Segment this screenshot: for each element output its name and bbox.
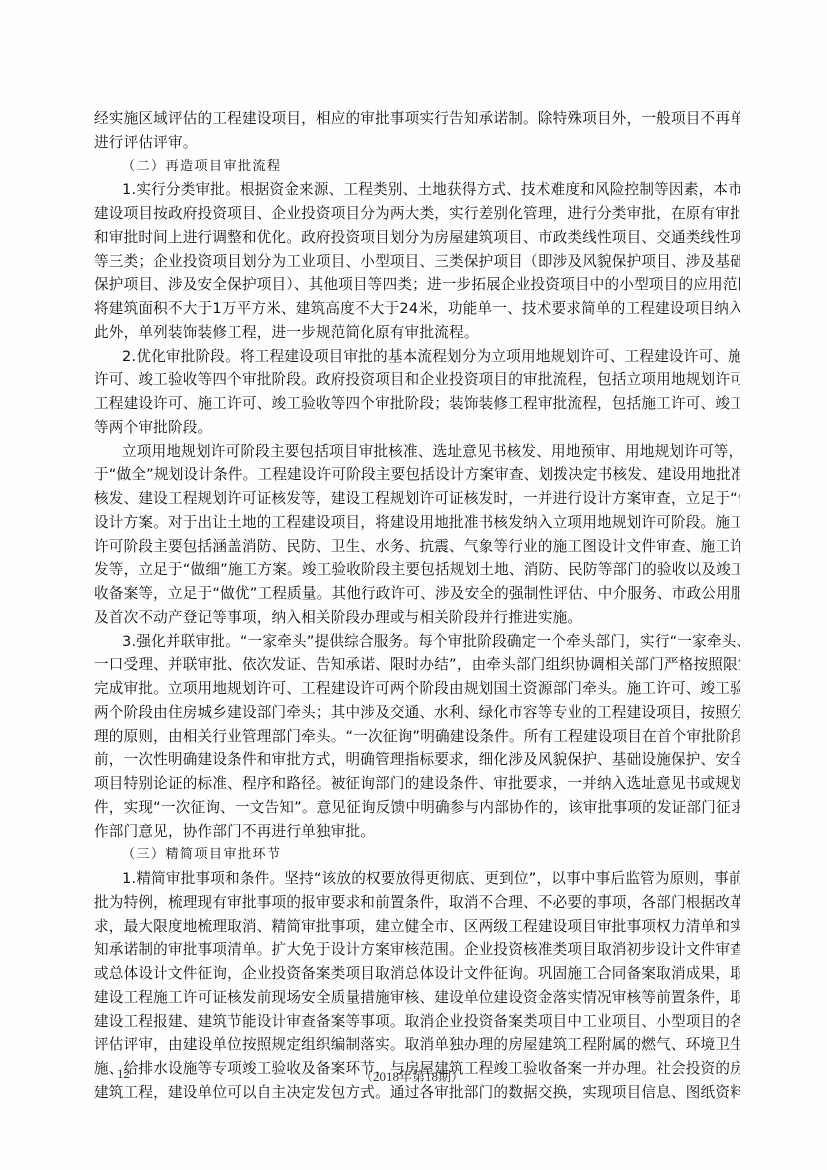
- paragraph-first-line: 1.实行分类审批。根据资金来源、工程类别、土地获得方式、技术难度和风险控制等因素…: [94, 178, 740, 202]
- section-heading: （二）再造项目审批流程: [94, 155, 740, 179]
- text-line: 求，最大限度地梳理取消、精简审批事项，建立健全市、区两级工程建设项目审批事项权力…: [94, 915, 740, 939]
- text-line: 或总体设计文件征询，企业投资备案类项目取消总体设计文件征询。巩固施工合同备案取消…: [94, 962, 740, 986]
- text-line: 工程建设许可、施工许可、竣工验收等四个审批阶段；装饰装修工程审批流程，包括施工许…: [94, 392, 740, 416]
- page-number: 12: [117, 1066, 130, 1082]
- text-line: 等三类；企业投资项目划分为工业项目、小型项目、三类保护项目（即涉及风貌保护项目、…: [94, 250, 740, 274]
- text-line: 建设项目按政府投资项目、企业投资项目分为两大类，实行差别化管理，进行分类审批，在…: [94, 202, 740, 226]
- text-line: 保护项目、涉及安全保护项目）、其他项目等四类；进一步拓展企业投资项目中的小型项目…: [94, 273, 740, 297]
- text-line: 于“做全”规划设计条件。工程建设许可阶段主要包括设计方案审查、划拨决定书核发、建…: [94, 463, 740, 487]
- text-line: 两个阶段由住房城乡建设部门牵头；其中涉及交通、水利、绿化市容等专业的工程建设项目…: [94, 701, 740, 725]
- text-line: 建设工程施工许可证核发前现场安全质量措施审核、建设单位建设资金落实情况审核等前置…: [94, 986, 740, 1010]
- text-line: 批为特例，梳理现有审批事项的报审要求和前置条件，取消不合理、不必要的事项，各部门…: [94, 891, 740, 915]
- text-line: 一口受理、并联审批、依次发证、告知承诺、限时办结”，由牵头部门组织协调相关部门严…: [94, 653, 740, 677]
- text-line: 建设工程报建、建筑节能设计审查备案等事项。取消企业投资备案类项目中工业项目、小型…: [94, 1010, 740, 1034]
- paragraph-last-line: 此外，单列装饰装修工程，进一步规范简化原有审批流程。: [94, 321, 740, 345]
- text-line: 发等，立足于“做细”施工方案。竣工验收阶段主要包括规划土地、消防、民防等部门的验…: [94, 558, 740, 582]
- text-line: 知承诺制的审批事项清单。扩大免于设计方案审核范围。企业投资核准类项目取消初步设计…: [94, 938, 740, 962]
- document-page: 经实施区域评估的工程建设项目，相应的审批事项实行告知承诺制。除特殊项目外，一般项…: [0, 0, 827, 1170]
- text-line: 完成审批。立项用地规划许可、工程建设许可两个阶段由规划国土资源部门牵头。施工许可…: [94, 677, 740, 701]
- section-heading: （三）精简项目审批环节: [94, 843, 740, 867]
- text-line: 和审批时间上进行调整和优化。政府投资项目划分为房屋建筑项目、市政类线性项目、交通…: [94, 226, 740, 250]
- text-line: 评估评审，由建设单位按照规定组织编制落实。取消单独办理的房屋建筑工程附属的燃气、…: [94, 1033, 740, 1057]
- paragraph-first-line: 3.强化并联审批。“一家牵头”提供综合服务。每个审批阶段确定一个牵头部门，实行“…: [94, 630, 740, 654]
- paragraph-first-line: 立项用地规划许可阶段主要包括项目审批核准、选址意见书核发、用地预审、用地规划许可…: [94, 440, 740, 464]
- text-line: 许可、竣工验收等四个审批阶段。政府投资项目和企业投资项目的审批流程，包括立项用地…: [94, 368, 740, 392]
- text-line: 核发、建设工程规划许可证核发等，建设工程规划许可证核发时，一并进行设计方案审查，…: [94, 487, 740, 511]
- paragraph-last-line: 及首次不动产登记等事项，纳入相关阶段办理或与相关阶段并行推进实施。: [94, 606, 740, 630]
- document-body: 经实施区域评估的工程建设项目，相应的审批事项实行告知承诺制。除特殊项目外，一般项…: [94, 107, 740, 1105]
- paragraph-last-line: 进行评估评审。: [94, 131, 740, 155]
- issue-label: （2018年第18期）: [360, 1066, 464, 1085]
- text-line: 许可阶段主要包括涵盖消防、民防、卫生、水务、抗震、气象等行业的施工图设计文件审查…: [94, 535, 740, 559]
- paragraph-first-line: 2.优化审批阶段。将工程建设项目审批的基本流程划分为立项用地规划许可、工程建设许…: [94, 345, 740, 369]
- text-line: 件，实现“一次征询、一文告知”。意见征询反馈中明确参与内部协作的，该审批事项的发…: [94, 796, 740, 820]
- text-line: 经实施区域评估的工程建设项目，相应的审批事项实行告知承诺制。除特殊项目外，一般项…: [94, 107, 740, 131]
- text-line: 收备案等，立足于“做优”工程质量。其他行政许可、涉及安全的强制性评估、中介服务、…: [94, 582, 740, 606]
- text-line: 将建筑面积不大于1万平方米、建筑高度不大于24米，功能单一、技术要求简单的工程建…: [94, 297, 740, 321]
- paragraph-last-line: 等两个审批阶段。: [94, 416, 740, 440]
- page-footer: 12 （2018年第18期）: [0, 1066, 827, 1086]
- paragraph-last-line: 作部门意见，协作部门不再进行单独审批。: [94, 820, 740, 844]
- text-line: 前，一次性明确建设条件和审批方式，明确管理指标要求，细化涉及风貌保护、基础设施保…: [94, 748, 740, 772]
- text-line: 理的原则，由相关行业管理部门牵头。“一次征询”明确建设条件。所有工程建设项目在首…: [94, 725, 740, 749]
- paragraph-first-line: 1.精简审批事项和条件。坚持“该放的权要放得更彻底、更到位”，以事中事后监管为原…: [94, 867, 740, 891]
- text-line: 项目特别论证的标准、程序和路径。被征询部门的建设条件、审批要求，一并纳入选址意见…: [94, 772, 740, 796]
- text-line: 设计方案。对于出让土地的工程建设项目，将建设用地批准书核发纳入立项用地规划许可阶…: [94, 511, 740, 535]
